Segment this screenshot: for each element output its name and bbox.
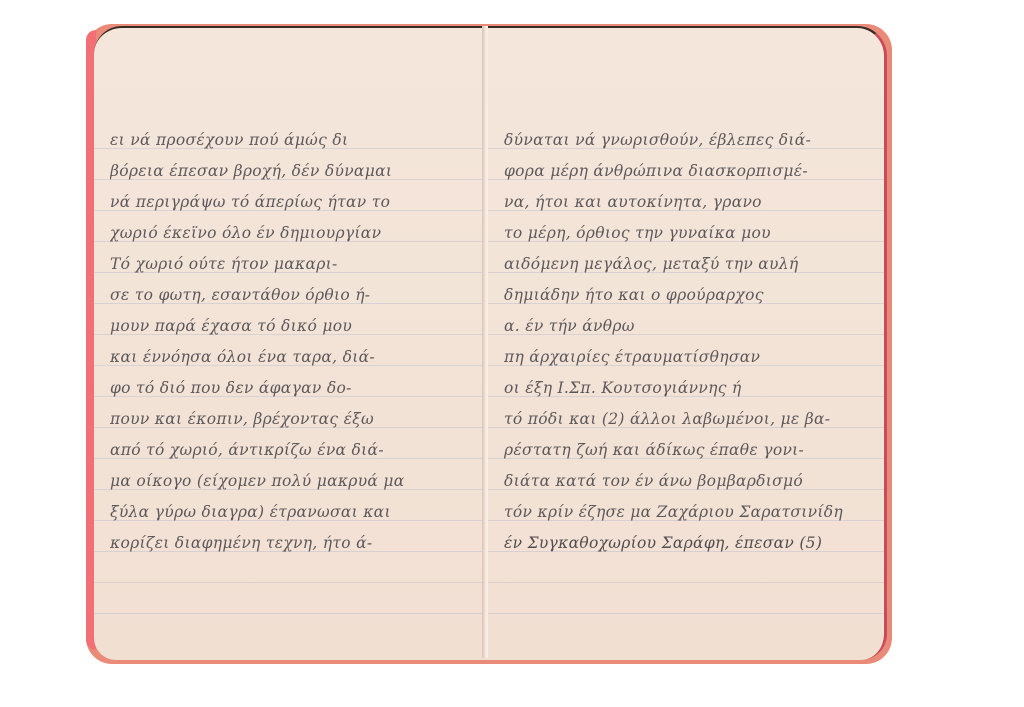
left-page: ει νά προσέχουν πού άμώς δι βόρεια έπεσα… [94, 26, 490, 660]
left-page-text: ει νά προσέχουν πού άμώς δι βόρεια έπεσα… [110, 125, 478, 559]
handwritten-line: τό πόδι και (2) άλλοι λαβωμένοι, με βα- [504, 404, 870, 435]
handwritten-line: από τό χωριό, άντικρίζω ένα διά- [110, 435, 478, 466]
handwritten-line: νά περιγράψω τό άπερίως ήταν το [110, 187, 478, 218]
handwritten-line: κορίζει διαφημένη τεχνη, ήτο ά- [110, 528, 478, 559]
handwritten-line: και έννόησα όλοι ένα ταρα, διά- [110, 342, 478, 373]
handwritten-line: το μέρη, όρθιος την γυναίκα μου [504, 218, 870, 249]
handwritten-line: διάτα κατά τον έν άνω βομβαρδισμό [504, 466, 870, 497]
handwritten-line: χωριό έκεϊνο όλο έν δημιουργίαν [110, 218, 478, 249]
handwritten-line: ρέστατη ζωή και άδίκως έπαθε γονι- [504, 435, 870, 466]
handwritten-line: πη άρχαιρίες έτραυματίσθησαν [504, 342, 870, 373]
handwritten-line: τόν κρίν έζησε μα Ζαχάριου Σαρατσινίδη [504, 497, 870, 528]
handwritten-line: δημιάδην ήτο και ο φρούραρχος [504, 280, 870, 311]
handwritten-line: φορα μέρη άνθρώπινα διασκορπισμέ- [504, 156, 870, 187]
handwritten-line: να, ήτοι και αυτοκίνητα, γρανο [504, 187, 870, 218]
handwritten-line: σε το φωτη, εσαντάθον όρθιο ή- [110, 280, 478, 311]
handwritten-line: πουν και έκοπιν, βρέχοντας έξω [110, 404, 478, 435]
handwritten-line: οι έξη Ι.Σπ. Κουτσογιάννης ή [504, 373, 870, 404]
notebook: ει νά προσέχουν πού άμώς δι βόρεια έπεσα… [86, 20, 892, 664]
handwritten-line: δύναται νά γνωρισθούν, έβλεπες διά- [504, 125, 870, 156]
handwritten-line: αιδόμενη μεγάλος, μεταξύ την αυλή [504, 249, 870, 280]
handwritten-line: μα οίκογο (είχομεν πολύ μακρυά μα [110, 466, 478, 497]
handwritten-line: Τό χωριό ούτε ήτον μακαρι- [110, 249, 478, 280]
handwritten-line-with-page-number: έν Συγκαθοχωρίου Σαράφη, έπεσαν (5) [504, 528, 870, 559]
handwritten-line: ξύλα γύρω διαγρα) έτρανωσαι και [110, 497, 478, 528]
right-page: δύναται νά γνωρισθούν, έβλεπες διά- φορα… [488, 26, 887, 660]
handwritten-line: α. έν τήν άνθρω [504, 311, 870, 342]
handwritten-line: ει νά προσέχουν πού άμώς δι [110, 125, 478, 156]
handwritten-line: μουν παρά έχασα τό δικό μου [110, 311, 478, 342]
handwritten-line: φο τό διό που δεν άφαγαν δο- [110, 373, 478, 404]
right-page-text: δύναται νά γνωρισθούν, έβλεπες διά- φορα… [504, 125, 870, 559]
handwritten-line: βόρεια έπεσαν βροχή, δέν δύναμαι [110, 156, 478, 187]
